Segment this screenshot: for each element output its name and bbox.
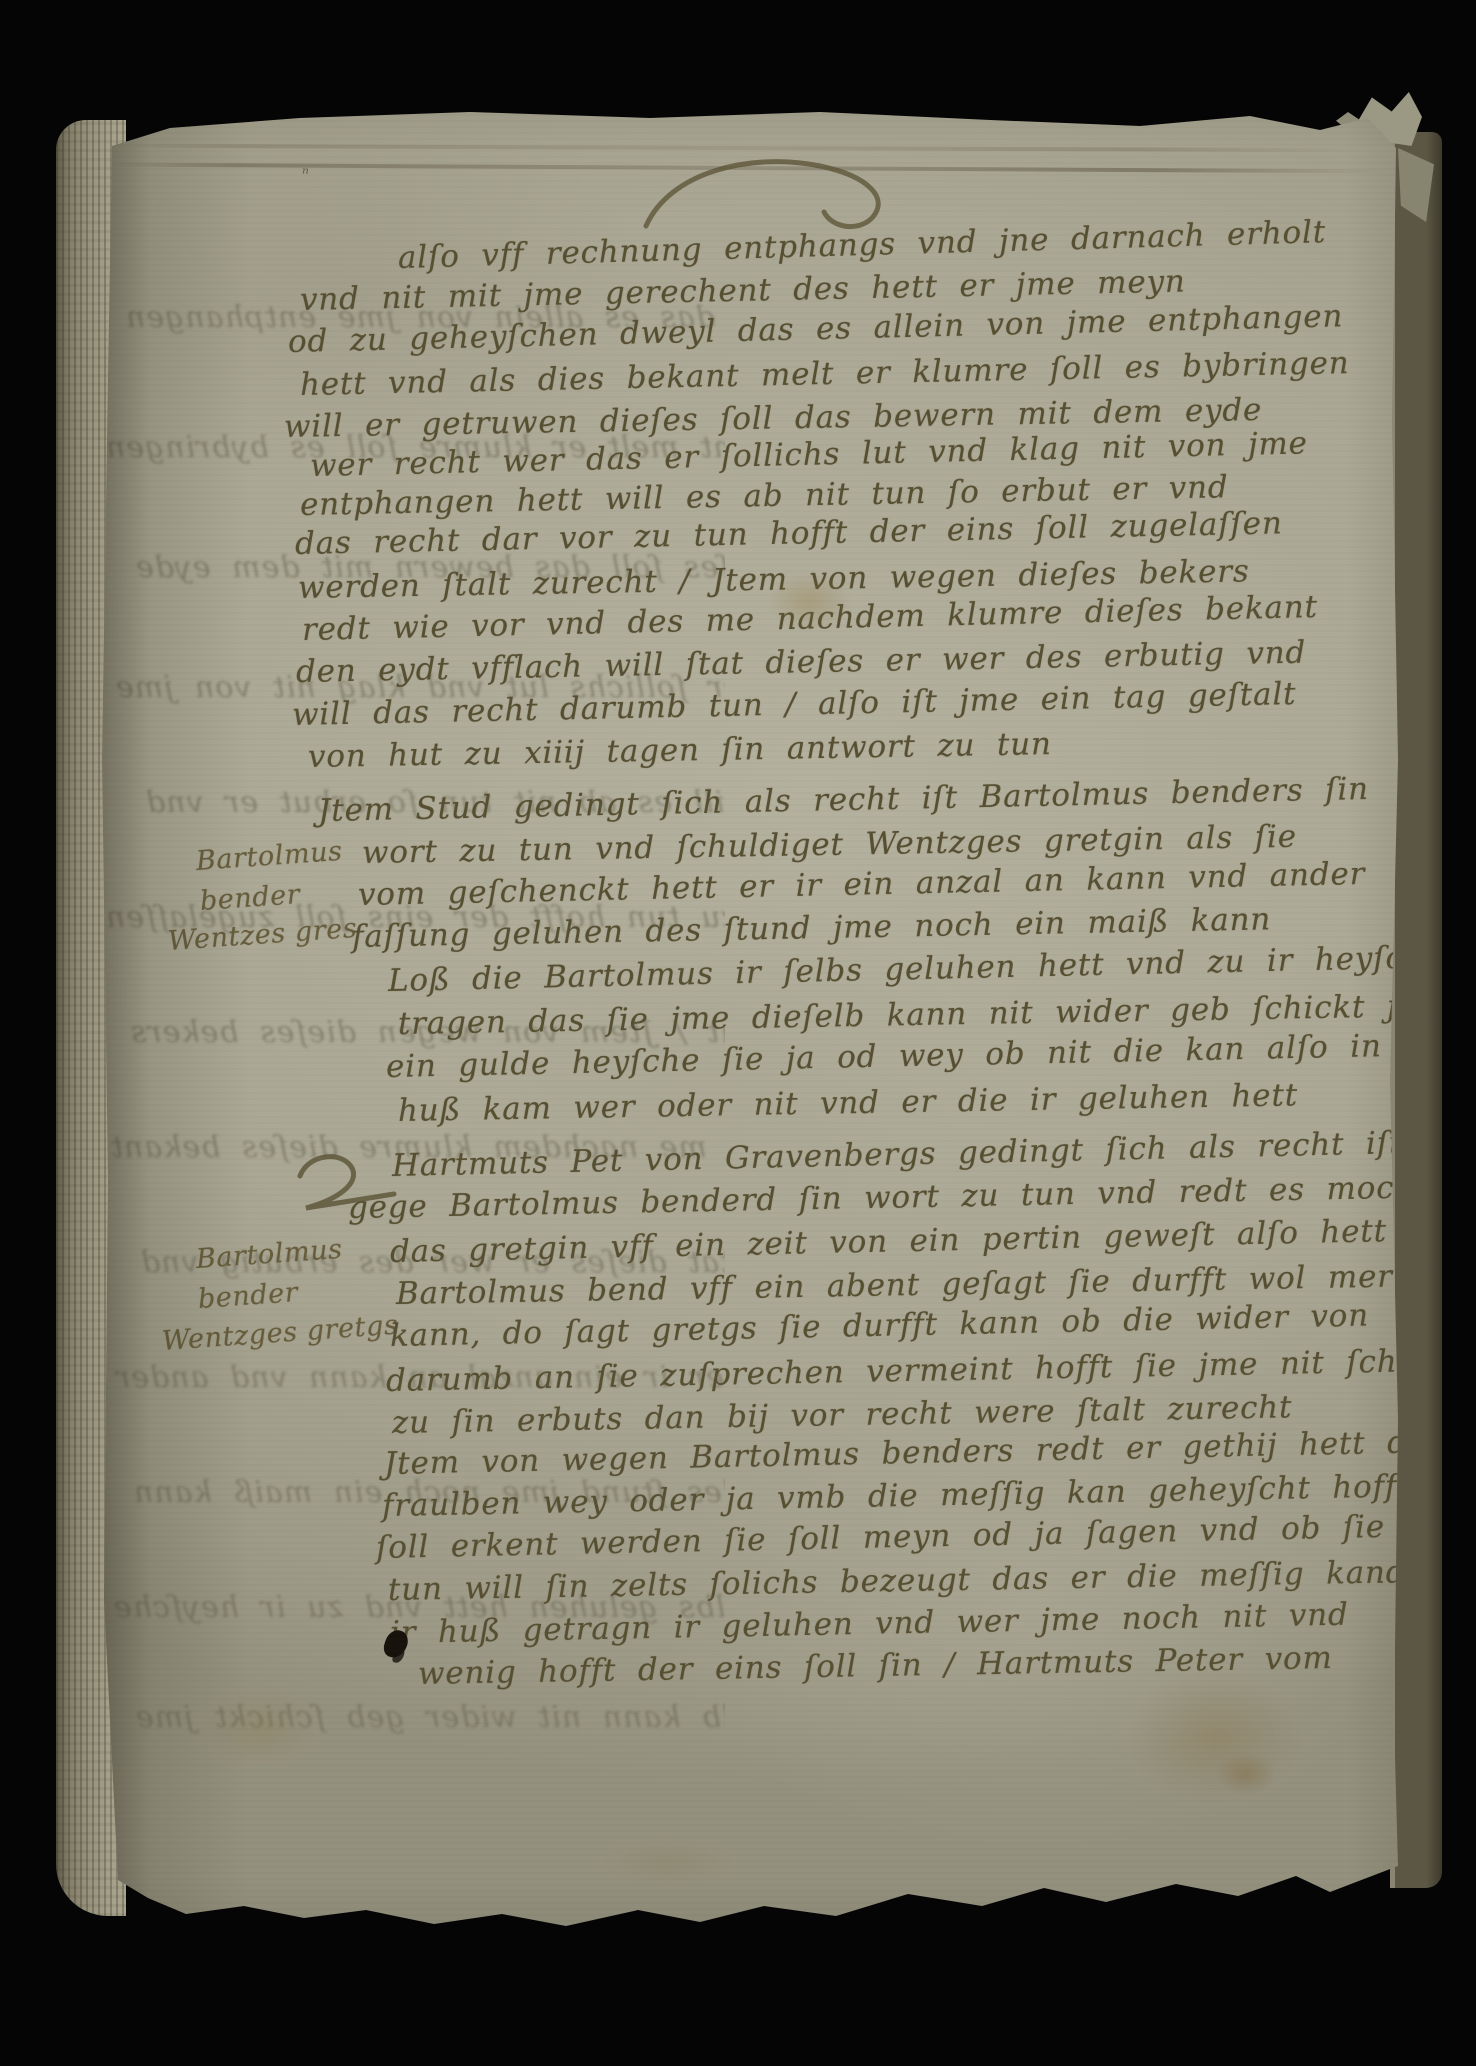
manuscript-line: huß kam wer oder nit vnd er die ir geluh…: [398, 1077, 1299, 1129]
margin-note-line: bender: [197, 1277, 299, 1315]
paper-stain: [1216, 1752, 1276, 1796]
manuscript-photo: od zu geheyſchen dweyl das es allein von…: [0, 0, 1476, 2066]
bleedthrough-line: tragen das ſie jme dieſelb kann nit wide…: [135, 1700, 725, 1735]
paper-stain: [598, 1838, 738, 1888]
margin-note-line: bender: [199, 879, 301, 917]
paper-stain: [200, 1688, 320, 1768]
manuscript-page: od zu geheyſchen dweyl das es allein von…: [0, 0, 1476, 2066]
corner-mark: ⁿ: [302, 164, 309, 184]
margin-note-line: Wentzes gres: [167, 913, 358, 957]
margin-note-line: Bartolmus: [195, 1234, 344, 1275]
manuscript-line: alſo vff rechnung entphangs vnd jne darn…: [397, 214, 1326, 276]
paper-stain: [1130, 1672, 1300, 1802]
margin-note-line: Wentzges gretgs: [161, 1310, 399, 1357]
paper-crease: [120, 144, 1360, 152]
manuscript-line: von hut zu xiiij tagen ſin antwort zu tu…: [308, 726, 1052, 775]
underlying-page-fore-edge: [1390, 132, 1442, 1888]
margin-note-line: Bartolmus: [195, 836, 344, 877]
